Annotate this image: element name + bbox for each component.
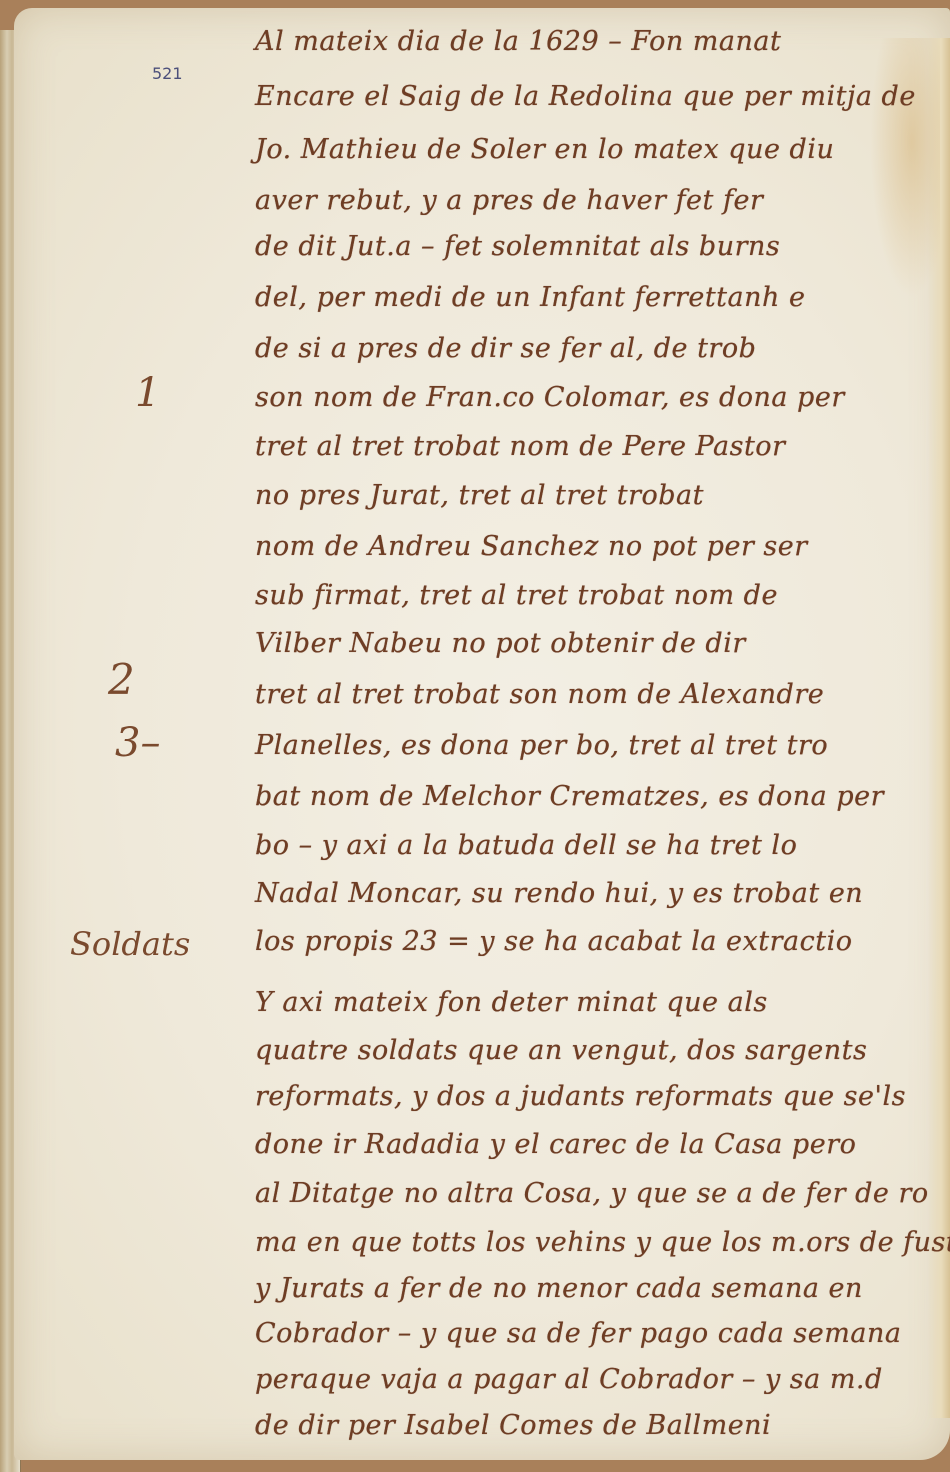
manuscript-line: reformats, y dos a judants reformats que… [255, 1081, 906, 1112]
manuscript-line: Jo. Mathieu de Soler en lo matex que diu [255, 134, 834, 165]
manuscript-line: del, per medi de un Infant ferrettanh e [255, 282, 805, 313]
manuscript-line: tret al tret trobat son nom de Alexandre [255, 679, 824, 710]
manuscript-line: Vilber Nabeu no pot obtenir de dir [255, 628, 746, 659]
manuscript-line: sub firmat, tret al tret trobat nom de [255, 580, 778, 611]
margin-note: 1 [135, 370, 160, 416]
manuscript-line: done ir Radadia y el carec de la Casa pe… [255, 1129, 856, 1160]
water-stain [870, 38, 940, 298]
manuscript-line: peraque vaja a pagar al Cobrador – y sa … [255, 1364, 883, 1395]
manuscript-line: tret al tret trobat nom de Pere Pastor [255, 431, 785, 462]
manuscript-line: de dir per Isabel Comes de Ballmeni [255, 1410, 771, 1441]
manuscript-line: nom de Andreu Sanchez no pot per ser [255, 531, 808, 562]
manuscript-line: bat nom de Melchor Crematzes, es dona pe… [255, 781, 884, 812]
manuscript-line: Al mateix dia de la 1629 – Fon manat [255, 26, 781, 57]
manuscript-line: al Ditatge no altra Cosa, y que se a de … [255, 1178, 929, 1209]
manuscript-line: ma en que totts los vehins y que los m.o… [255, 1227, 950, 1258]
margin-note: Soldats [70, 925, 190, 963]
manuscript-line: de si a pres de dir se fer al, de trob [255, 333, 756, 364]
manuscript-line: quatre soldats que an vengut, dos sargen… [255, 1035, 867, 1066]
manuscript-line: aver rebut, y a pres de haver fet fer [255, 185, 763, 216]
manuscript-line: Planelles, es dona per bo, tret al tret … [255, 730, 828, 761]
margin-note: 2 [108, 655, 135, 704]
manuscript-line: los propis 23 = y se ha acabat la extrac… [255, 926, 852, 957]
manuscript-line: de dit Jut.a – fet solemnitat als burns [255, 231, 780, 262]
manuscript-line: Encare el Saig de la Redolina que per mi… [255, 81, 916, 112]
manuscript-line: Cobrador – y que sa de fer pago cada sem… [255, 1318, 901, 1349]
manuscript-line: y Jurats a fer de no menor cada semana e… [255, 1273, 863, 1304]
manuscript-line: son nom de Fran.co Colomar, es dona per [255, 382, 845, 413]
folio-number: 521 [152, 64, 183, 83]
margin-note: 3– [115, 720, 160, 766]
manuscript-line: Y axi mateix fon deter minat que als [255, 987, 768, 1018]
manuscript-line: bo – y axi a la batuda dell se ha tret l… [255, 830, 797, 861]
manuscript-line: Nadal Moncar, su rendo hui, y es trobat … [255, 878, 863, 909]
manuscript-line: no pres Jurat, tret al tret trobat [255, 480, 704, 511]
